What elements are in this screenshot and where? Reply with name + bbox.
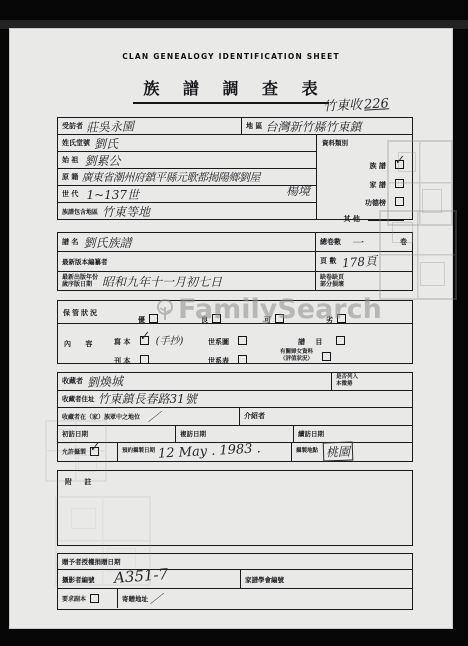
collector-address-cell: 收藏者住址 竹東鎮長春路31號 — [58, 391, 412, 408]
material-other-item: 其 他 — [343, 206, 404, 225]
missing-pages-label: 缺卷缺頁 部分損壞 — [320, 274, 344, 288]
chinese-title: 族 譜 調 查 表 — [133, 76, 328, 104]
area-label: 地 區 — [246, 121, 262, 131]
notes-label: 附 註 — [65, 477, 96, 487]
manuscript-item: 寫 本 ✓ (手抄) — [114, 329, 183, 348]
latest-publish-label: 最新出版年份 歲序版日期 — [62, 274, 98, 288]
content-label: 內 容 — [64, 339, 98, 349]
chart-item: 世系圖 — [208, 329, 247, 348]
missing-pages-cell: 缺卷缺頁 部分損壞 — [316, 272, 412, 291]
collector-position-label: 收藏者在（家）族眾中之地位 — [62, 412, 140, 421]
copy-request-label: 要求副本 — [62, 594, 86, 603]
latest-compiler-label: 最新版本編纂者 — [62, 257, 108, 266]
interviewee-label: 受訪者 — [62, 121, 83, 131]
photographer-no-value: A351-7 — [113, 565, 168, 587]
contents-row: 內 容 寫 本 ✓ (手抄) 世系圖 譜 目 刊 本 世系表 — [58, 324, 412, 364]
material-zupu-label: 族 譜 — [369, 162, 385, 170]
title-cell: 譜 名 劉氏族譜 — [58, 233, 316, 251]
pages-cell: 頁 數 178頁 — [316, 252, 412, 270]
women-data-checkbox — [322, 352, 331, 361]
society-no-label: 家譜學會編號 — [245, 575, 284, 584]
permission-cell: 允許攝製 ✓ — [58, 443, 118, 461]
notes-box: 附 註 — [57, 470, 413, 546]
coverage-value: 竹東等地 — [102, 203, 150, 220]
collector-table: 收藏者 劉煥城 是否列入 本微捲 收藏者住址 竹東鎮長春路31號 收藏者在（家）… — [57, 372, 413, 462]
second-visit-cell: 複訪日期 — [176, 426, 294, 443]
material-jiapu-item: 家 譜 — [369, 172, 404, 191]
collector-address-value: 竹東鎮長春路31號 — [98, 390, 197, 407]
donation-label: 贈予者授權捐贈日期 — [62, 557, 121, 566]
document-paper: CLAN GENEALOGY IDENTIFICATION SHEET 族 譜 … — [9, 28, 453, 629]
title-value: 劉氏族譜 — [83, 234, 131, 251]
print-item: 刊 本 — [114, 348, 149, 367]
collector-position-cell: 收藏者在（家）族眾中之地位 ／ — [58, 408, 240, 425]
women-data-item: 有關婦女資料 （評值狀況） — [280, 345, 331, 364]
english-title: CLAN GENEALOGY IDENTIFICATION SHEET — [9, 52, 453, 61]
latest-publish-value: 昭和九年十一月初七日 — [102, 273, 222, 290]
manuscript-checkbox: ✓ — [140, 336, 149, 345]
processing-table: 贈予者授權捐贈日期 攝影者編號 A351-7 家譜學會編號 要求副本 寄贈地址 … — [57, 553, 413, 610]
manuscript-label: 寫 本 — [114, 338, 130, 346]
chart-checkbox — [238, 336, 247, 345]
material-category-column: 資料類別 族 譜 ✓ 家 譜 功德榜 其 他 — [316, 135, 412, 220]
followup-visit-cell: 續訪日期 — [294, 426, 412, 443]
basic-info-table: 受訪者 莊吳永園 地 區 台灣新竹縣竹東鎮 姓氏堂號 劉氏 始 祖 劉累公 原 … — [57, 117, 413, 220]
title-label: 譜 名 — [62, 237, 78, 247]
permission-checkbox: ✓ — [90, 447, 99, 456]
mailing-address-cell: 寄贈地址 ／ — [118, 589, 412, 608]
collector-cell: 收藏者 劉煥城 — [58, 373, 331, 390]
introducer-cell: 介紹者 — [240, 408, 412, 425]
grade-excellent-checkbox — [149, 314, 158, 323]
mailing-address-label: 寄贈地址 — [122, 594, 148, 603]
area-value: 台灣新竹縣竹東鎮 — [265, 118, 361, 135]
material-other-label: 其 他 — [343, 215, 359, 223]
women-data-label: 有關婦女資料 （評值狀況） — [280, 349, 313, 363]
grade-good-checkbox — [212, 314, 221, 323]
print-checkbox — [140, 355, 149, 364]
filming-date-cell: 預約攝製日期 12 May . 1983 . — [118, 443, 292, 461]
mailing-address-value: ／ — [150, 590, 162, 607]
copy-request-checkbox — [90, 594, 99, 603]
latest-compiler-cell: 最新版本編纂者 — [58, 252, 316, 270]
storage-label: 保管狀況 — [63, 308, 99, 318]
table-label: 世系表 — [208, 357, 229, 365]
microfilm-cell: 是否列入 本微捲 — [331, 373, 412, 390]
surname-hall-value: 劉氏 — [94, 135, 118, 152]
gongdebang-checkbox — [395, 197, 404, 206]
generations-value: 1~137世 — [86, 186, 139, 203]
area-cell: 地 區 台灣新竹縣竹東鎮 — [242, 118, 412, 134]
origin-label: 原 籍 — [62, 172, 78, 182]
latest-publish-cell: 最新出版年份 歲序版日期 昭和九年十一月初七日 — [58, 272, 316, 291]
grade-poor-checkbox — [337, 314, 346, 323]
coverage-row: 族譜包含地區 竹東等地 — [58, 203, 316, 220]
jiapu-checkbox — [395, 179, 404, 188]
generations-label: 世 代 — [62, 189, 78, 199]
filming-place-value: 桃園 — [323, 442, 354, 462]
first-visit-label: 初訪日期 — [62, 429, 88, 438]
index-checkbox — [336, 336, 345, 345]
photographer-no-label: 攝影者編號 — [62, 575, 95, 584]
permission-label: 允許攝製 — [62, 447, 86, 456]
storage-condition-row: 保管狀況 優 良 可 劣 — [58, 301, 412, 324]
collector-position-value: ／ — [148, 408, 160, 425]
interviewee-cell: 受訪者 莊吳永園 — [58, 118, 242, 134]
coverage-label: 族譜包含地區 — [62, 207, 98, 216]
basic-info-rows: 姓氏堂號 劉氏 始 祖 劉累公 原 籍 廣東省潮州府鎮平縣元歌都揭陽鄉劉屋 世 … — [58, 135, 316, 220]
first-ancestor-row: 始 祖 劉累公 — [58, 152, 316, 169]
society-no-cell: 家譜學會編號 — [241, 570, 412, 588]
photographer-no-cell: 攝影者編號 A351-7 — [58, 570, 241, 588]
table-item: 世系表 — [208, 348, 247, 367]
donation-row: 贈予者授權捐贈日期 — [58, 554, 412, 570]
origin-row: 原 籍 廣東省潮州府鎮平縣元歌都揭陽鄉劉屋 — [58, 169, 316, 186]
filming-date-value: 12 May . 1983 . — [158, 442, 261, 462]
copy-request-cell: 要求副本 — [58, 589, 118, 608]
other-blank-line — [368, 212, 404, 221]
second-visit-label: 複訪日期 — [180, 429, 206, 438]
volume-info-table: 譜 名 劉氏族譜 總卷數 一 卷 最新版本編纂者 頁 數 178頁 最新出版年份 — [57, 232, 413, 291]
first-visit-cell: 初訪日期 — [58, 426, 176, 443]
total-volumes-unit: 卷 — [400, 237, 407, 247]
generations-row: 世 代 1~137世 — [58, 186, 316, 203]
total-volumes-value: 一 — [351, 234, 363, 251]
zupu-checkbox: ✓ — [395, 160, 404, 169]
filming-place-cell: 攝製地點 桃園 — [292, 443, 412, 461]
material-jiapu-label: 家 譜 — [369, 181, 385, 189]
pages-label: 頁 數 — [320, 256, 336, 266]
zupu-checkmark: ✓ — [393, 152, 405, 167]
total-volumes-label: 總卷數 — [320, 237, 341, 247]
interviewee-value: 莊吳永園 — [86, 117, 135, 136]
filming-place-label: 攝製地點 — [296, 448, 318, 455]
collector-address-label: 收藏者住址 — [62, 394, 95, 403]
total-volumes-cell: 總卷數 一 卷 — [316, 233, 412, 251]
table-checkbox — [238, 355, 247, 364]
collector-value: 劉煥城 — [87, 372, 124, 390]
introducer-label: 介紹者 — [244, 411, 265, 421]
condition-table: 保管狀況 優 良 可 劣 內 容 寫 本 ✓ (手抄) — [57, 300, 413, 364]
ref-number: 226 — [364, 96, 390, 112]
handwritten-reference-number: 竹東收226 — [323, 92, 390, 114]
surname-hall-row: 姓氏堂號 劉氏 — [58, 135, 316, 152]
manuscript-checkmark: ✓ — [138, 328, 150, 343]
first-ancestor-label: 始 祖 — [62, 155, 78, 165]
filming-date-label: 預約攝製日期 — [122, 448, 155, 455]
print-label: 刊 本 — [114, 357, 130, 365]
material-category-label: 資料類別 — [322, 138, 348, 147]
first-ancestor-value: 劉累公 — [84, 152, 120, 169]
origin-value: 廣東省潮州府鎮平縣元歌都揭陽鄉劉屋 — [81, 169, 260, 185]
followup-visit-label: 續訪日期 — [298, 429, 324, 438]
pages-value: 178頁 — [342, 252, 378, 271]
ref-prefix: 竹東收 — [323, 98, 363, 115]
material-zupu-item: 族 譜 ✓ — [369, 153, 404, 172]
collector-label: 收藏者 — [62, 376, 83, 386]
chart-label: 世系圖 — [208, 338, 229, 346]
permission-checkmark: ✓ — [88, 440, 100, 455]
surname-hall-label: 姓氏堂號 — [62, 138, 90, 148]
microfilm-label: 是否列入 本微捲 — [336, 374, 358, 388]
origin-value-line2: 楊境 — [286, 182, 310, 199]
grade-fair-checkbox — [275, 314, 284, 323]
manuscript-note: (手抄) — [156, 336, 184, 347]
